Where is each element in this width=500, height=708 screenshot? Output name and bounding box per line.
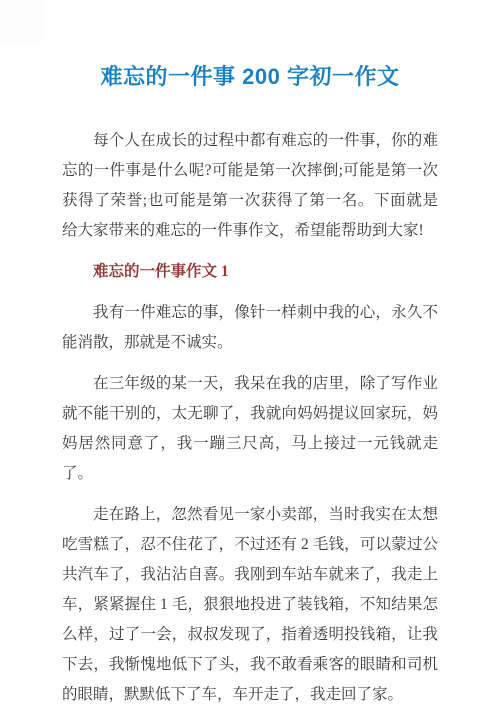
page-corner-artifact [0,0,45,45]
document-page: 难忘的一件事 200 字初一作文 每个人在成长的过程中都有难忘的一件事，你的难忘… [0,0,500,708]
essay-title: 难忘的一件事 200 字初一作文 [62,62,438,92]
essay-body: 每个人在成长的过程中都有难忘的一件事，你的难忘的一件事是什么呢?可能是第一次摔倒… [62,126,438,708]
body-paragraph-2: 在三年级的某一天，我呆在我的店里，除了写作业就不能干别的，太无聊了，我就向妈妈提… [62,369,438,489]
body-paragraph-3: 走在路上，忽然看见一家小卖部，当时我实在太想吃雪糕了，忍不住花了，不过还有 2 … [62,500,438,708]
intro-paragraph: 每个人在成长的过程中都有难忘的一件事，你的难忘的一件事是什么呢?可能是第一次摔倒… [62,126,438,246]
section-heading: 难忘的一件事作文 1 [62,257,438,287]
body-paragraph-1: 我有一件难忘的事，像针一样刺中我的心，永久不能消散，那就是不诚实。 [62,298,438,358]
